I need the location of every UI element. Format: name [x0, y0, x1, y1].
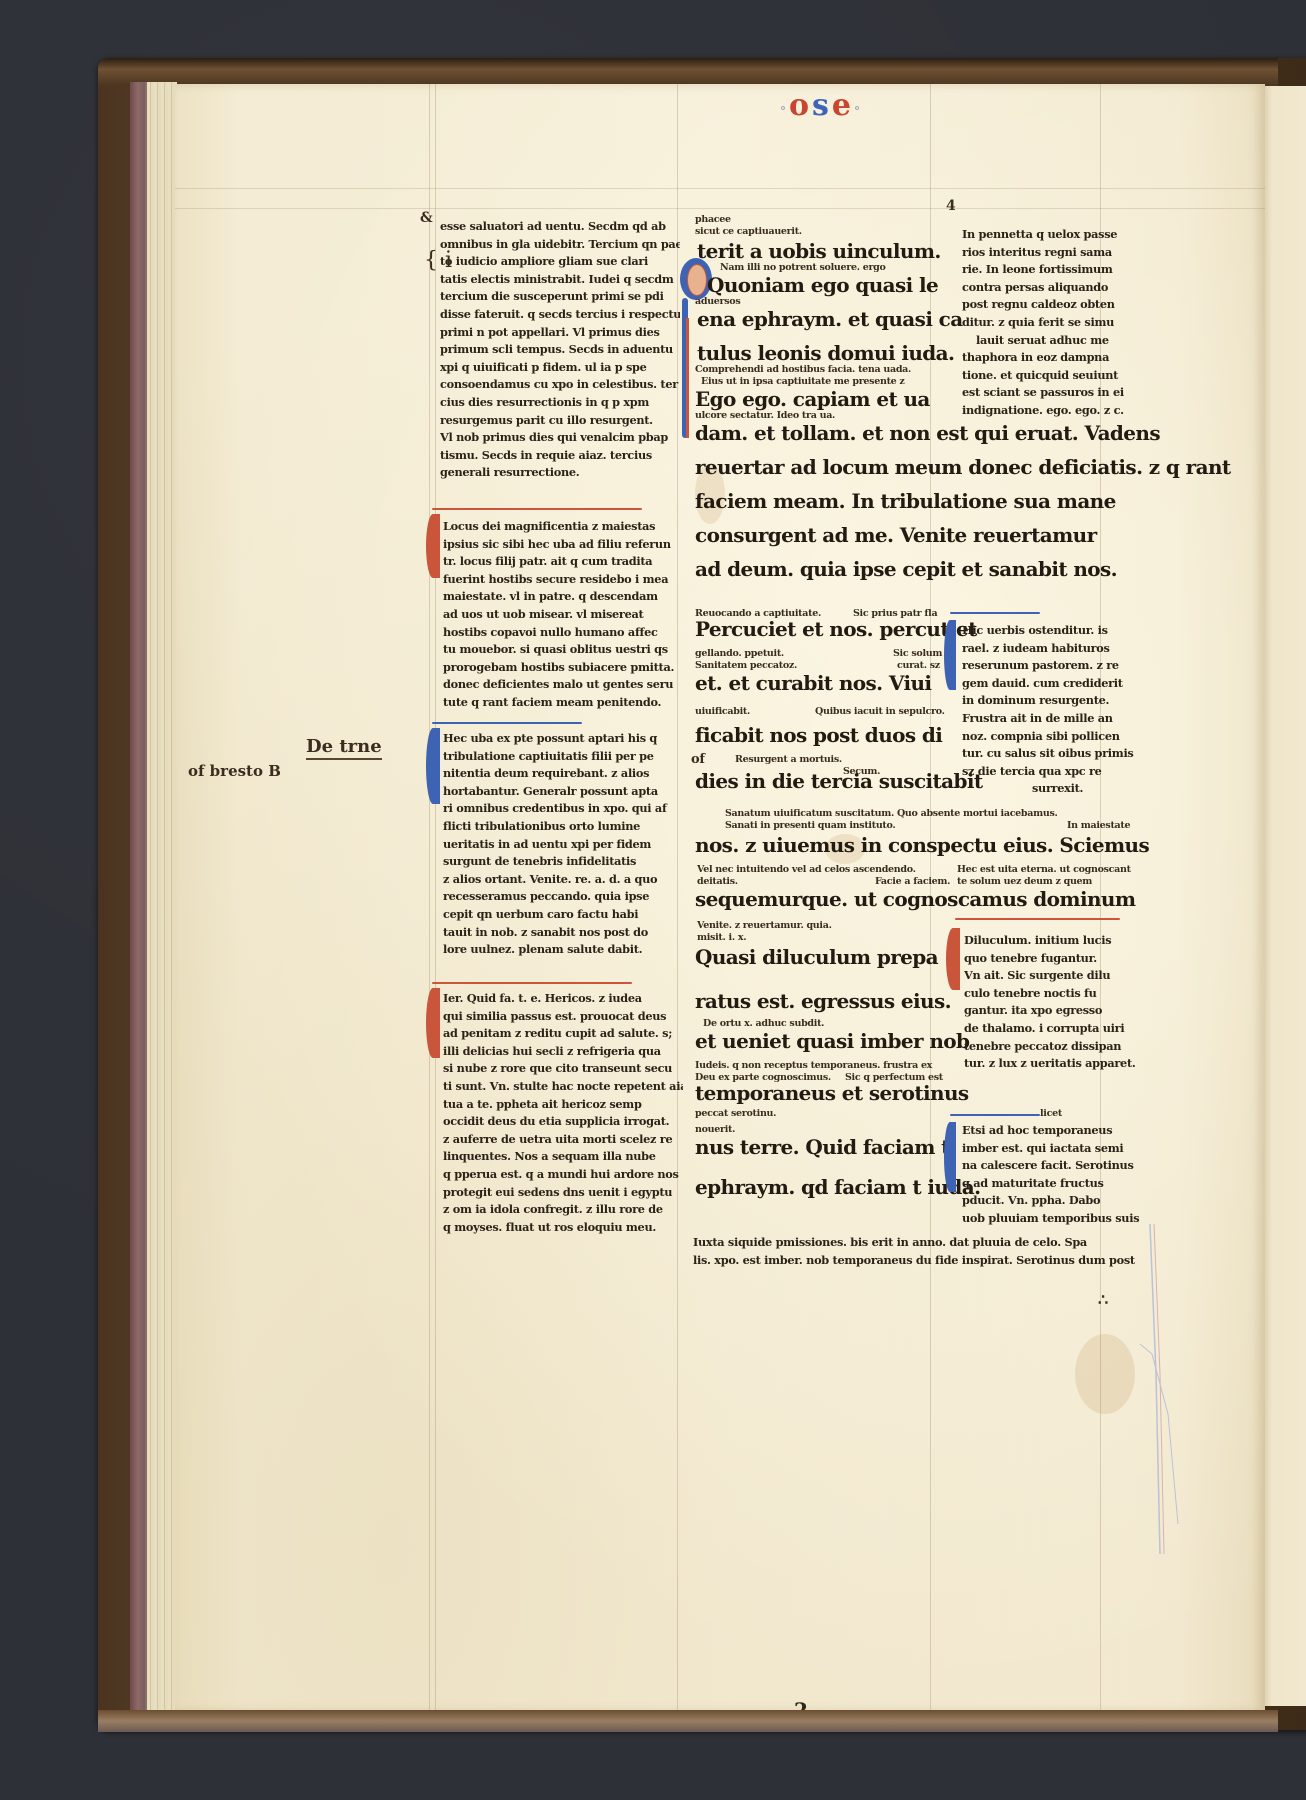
interlinear-gloss: gellando. ppetuit. [695, 648, 784, 660]
gloss-line: in dominum resurgente. [962, 692, 1147, 710]
gloss-line: tr. locus filij patr. ait q cum tradita [443, 553, 683, 571]
gloss-line: tione. et quicquid seuiunt [962, 367, 1147, 385]
initial-flourish [950, 612, 1040, 614]
cover-bottom-edge [98, 1710, 1278, 1732]
gloss-line: quo tenebre fugantur. [964, 950, 1149, 968]
gloss-line: tua a te. ppheta ait hericoz semp [443, 1096, 683, 1114]
title-letter-e: e [832, 88, 852, 123]
gloss-line: de thalamo. i corrupta uiri [964, 1020, 1149, 1038]
marginal-drawing [1130, 1224, 1190, 1564]
verse-group: Sanatum uiuificatum suscitatum. Quo abse… [695, 806, 1155, 858]
right-gloss-block-1: In pennetta q uelox passe rios interitus… [962, 226, 1147, 420]
gloss-line: Locus dei magnificentia z maiestas [443, 518, 683, 536]
text-line: consurgent ad me. Venite reuertamur [695, 524, 1231, 546]
gloss-line: tur. cu salus sit oibus primis [962, 745, 1147, 763]
gloss-line: surrexit. [1032, 780, 1147, 798]
margin-note: of bresto B [188, 762, 281, 780]
gloss-line: flicti tribulationibus orto lumine [443, 818, 683, 836]
gloss-line: protegit eui sedens dns uenit i egyptu [443, 1184, 683, 1202]
gloss-line: z om ia idola confregit. z illu rore de [443, 1201, 683, 1219]
gloss-line: pducit. Vn. ppha. Dabo [962, 1192, 1147, 1210]
gloss-line: ditur. z quia ferit se simu [962, 314, 1147, 332]
right-gloss-block-3: Diluculum. initium lucis quo tenebre fug… [964, 932, 1149, 1073]
gloss-line: tu mouebor. si quasi oblitus uestri qs [443, 641, 683, 659]
gloss-line: q pperua est. q a mundi hui ardore nos [443, 1166, 683, 1184]
text-line: faciem meam. In tribulatione sua mane [695, 490, 1231, 512]
margin-note-heading: De trne [306, 736, 382, 760]
gloss-line: ti sunt. Vn. stulte hac nocte repetent a… [443, 1078, 683, 1096]
left-gloss-block-2: Locus dei magnificentia z maiestas ipsiu… [443, 518, 683, 712]
initial-flourish [432, 508, 642, 510]
interlinear-gloss: of [691, 754, 705, 766]
red-initial-i [426, 988, 440, 1058]
gloss-line: resurgemus parit cu illo resurgent. [440, 412, 680, 430]
verse-group: uiuificabit. Quibus iacuit in sepulcro. … [695, 692, 955, 742]
cover-top-edge [98, 58, 1278, 86]
gloss-line: Hec uba ex pte possunt aptari his q [443, 730, 683, 748]
gloss-line: si nube z rore que cito transeunt secu [443, 1060, 683, 1078]
title-letter-o: o [789, 88, 810, 123]
interlinear-gloss: In maiestate [1067, 820, 1130, 832]
verse-group: Reuocando a captiuitate. Sic prius patr … [695, 608, 955, 640]
gloss-line: donec deficientes malo ut gentes seru [443, 676, 683, 694]
gloss-line: generali resurrectione. [440, 464, 680, 482]
gloss-line: tur. z lux z ueritatis apparet. [964, 1055, 1149, 1073]
gloss-line: ipsius sic sibi hec uba ad filiu referun [443, 536, 683, 554]
gloss-line: In pennetta q uelox passe [962, 226, 1147, 244]
gloss-line: ri omnibus credentibus in xpo. qui af [443, 800, 683, 818]
gloss-line: primum scli tempus. Secds in aduentu [440, 341, 680, 359]
interlinear-gloss: uiuificabit. [695, 706, 750, 718]
initial-tail-red [686, 318, 689, 438]
text-line: sequemurque. ut cognoscamus dominum [695, 888, 1135, 910]
center-text-wide: Sanatum uiuificatum suscitatum. Quo abse… [695, 806, 1155, 910]
interlinear-gloss: Sic solum [893, 648, 942, 660]
gloss-line: Frustra ait in de mille an [962, 710, 1147, 728]
gloss-line: sz die tercia qua xpc re [962, 763, 1147, 781]
gloss-line: culo tenebre noctis fu [964, 985, 1149, 1003]
gloss-line: q ad maturitate fructus [962, 1175, 1147, 1193]
gloss-line: rie. In leone fortissimum [962, 261, 1147, 279]
interlinear-gloss: Quibus iacuit in sepulcro. [815, 706, 945, 718]
gloss-line: to iudicio ampliore gliam sue clari [440, 253, 680, 271]
ruling-line [175, 188, 1265, 189]
gloss-line: lauit seruat adhuc me [976, 332, 1147, 350]
gloss-line: uob pluuiam temporibus suis [962, 1210, 1147, 1228]
gloss-line: Etsi ad hoc temporaneus [962, 1122, 1147, 1140]
gloss-line: prorogebam hostibs subiacere pmitta. [443, 659, 683, 677]
gloss-line: Iuxta siquide pmissiones. bis erit in an… [693, 1234, 1153, 1252]
gloss-line: nitentia deum requirebant. z alios [443, 765, 683, 783]
verse-group: gellando. ppetuit. Sic solum Sanitatem p… [695, 640, 955, 692]
text-line: Quasi diluculum prepa [695, 946, 938, 968]
left-gloss-block-3: Hec uba ex pte possunt aptari his q trib… [443, 730, 683, 959]
paragraph-mark: & [420, 210, 433, 226]
initial-flourish [950, 1114, 1040, 1116]
text-line: nus terre. Quid faciam t [695, 1136, 950, 1158]
gloss-line: omnibus in gla uidebitr. Tercium qn pae [440, 236, 680, 254]
interlinear-gloss: Hec est uita eterna. ut cognoscant [957, 864, 1131, 876]
gloss-line: primi n pot appellari. Vl primus dies [440, 324, 680, 342]
gloss-line: ueritatis in ad uentu xpi per fidem [443, 836, 683, 854]
text-line: ephraym. qd faciam t iuda. [695, 1176, 980, 1198]
verse-group: ratus est. egressus eius. [695, 972, 955, 1014]
interlinear-gloss: misit. i. x. [697, 932, 746, 944]
center-text-lower-2: Venite. z reuertamur. quia. misit. i. x.… [695, 918, 955, 1204]
gloss-block-1: esse saluatori ad uentu. Secdm qd ab omn… [440, 218, 680, 482]
gloss-line: imber est. qui iactata semi [962, 1140, 1147, 1158]
gloss-line: tauit in nob. z sanabit nos post do [443, 924, 683, 942]
gloss-line: cepit qn uerbum caro factu habi [443, 906, 683, 924]
verse-group: peccat serotinu. nouerit. nus terre. Qui… [695, 1102, 955, 1160]
gloss-line: rios interitus regni sama [962, 244, 1147, 262]
gloss-line: disse fateruit. q secds tercius i respec… [440, 306, 680, 324]
text-line: dam. et tollam. et non est qui eruat. Va… [695, 422, 1231, 444]
initial-flourish [955, 918, 1120, 920]
gloss-line: cius dies resurrectionis in q p xpm [440, 394, 680, 412]
initial-flourish [432, 722, 582, 724]
interlinear-gloss: licet [1040, 1108, 1062, 1120]
text-line: nos. z uiuemus in conspectu eius. Sciemu… [695, 834, 1149, 856]
interlinear-gloss: Sanatum uiuificatum suscitatum. Quo abse… [725, 808, 1058, 820]
interlinear-gloss: phacee [695, 214, 731, 226]
verse-group: De ortu x. adhuc subdit. et ueniet quasi… [695, 1014, 955, 1056]
interlinear-gloss: Iudeis. q non receptus temporaneus. frus… [695, 1060, 932, 1072]
gloss-line: qui similia passus est. prouocat deus [443, 1008, 683, 1026]
left-gloss-column: esse saluatori ad uentu. Secdm qd ab omn… [440, 218, 680, 482]
right-gloss-block-2: Hic uerbis ostenditur. is rael. z iudeam… [962, 622, 1147, 798]
gloss-line: recesseramus peccando. quia ipse [443, 888, 683, 906]
left-gloss-block-4: Ier. Quid fa. t. e. Hericos. z iudea qui… [443, 990, 683, 1236]
gloss-line: tatis electis ministrabit. Iudei q secdm [440, 271, 680, 289]
running-title: ° o s e ° [780, 88, 861, 123]
gloss-line: na calescere facit. Serotinus [962, 1157, 1147, 1175]
gloss-line: noz. compnia sibi pollicen [962, 728, 1147, 746]
next-leaf-edge [1262, 86, 1306, 1706]
gloss-line: surgunt de tenebris infidelitatis [443, 853, 683, 871]
gloss-line: gantur. ita xpo egresso [964, 1002, 1149, 1020]
text-line: et ueniet quasi imber nob [695, 1030, 969, 1052]
gloss-line: reserunum pastorem. z re [962, 657, 1147, 675]
text-line: temporaneus et serotinus [695, 1082, 969, 1104]
gloss-line: lore uulnez. plenam salute dabit. [443, 941, 683, 959]
gloss-line: hortabantur. Generalr possunt apta [443, 783, 683, 801]
page-edges-left [130, 82, 146, 1714]
interlinear-gloss: Resurgent a mortuis. [735, 754, 842, 766]
blue-initial-h [944, 620, 956, 690]
gloss-line: est sciant se passuros in ei [962, 384, 1147, 402]
verse-group: ephraym. qd faciam t iuda. [695, 1160, 955, 1204]
gloss-line: ad uos ut uob misear. vl misereat [443, 606, 683, 624]
title-letter-s: s [812, 88, 830, 123]
gloss-line: fuerint hostibs secure residebo i mea [443, 571, 683, 589]
initial-flourish [432, 982, 632, 984]
gloss-line: tenebre peccatoz dissipan [964, 1038, 1149, 1056]
text-line: et. et curabit nos. Viui [695, 672, 931, 694]
blue-initial-h [426, 728, 440, 804]
interlinear-gloss: Venite. z reuertamur. quia. [697, 920, 832, 932]
gloss-line: Vn ait. Sic surgente dilu [964, 967, 1149, 985]
gloss-line: tute q rant faciem meam penitendo. [443, 694, 683, 712]
text-line: ratus est. egressus eius. [695, 990, 951, 1012]
ruling-line [435, 84, 436, 1712]
gloss-line: rael. z iudeam habituros [962, 640, 1147, 658]
interlinear-gloss: sicut ce captiuauerit. [695, 226, 802, 238]
interlinear-gloss: Sanati in presenti quam instituto. [725, 820, 895, 832]
gloss-line: Diluculum. initium lucis [964, 932, 1149, 950]
center-text-lower: Reuocando a captiuitate. Sic prius patr … [695, 608, 955, 788]
gloss-line: Vl nob primus dies qui venalcim pbap [440, 429, 680, 447]
blue-initial-e [944, 1122, 956, 1192]
right-gloss-block-4: Etsi ad hoc temporaneus imber est. qui i… [962, 1122, 1147, 1228]
gloss-line: xpi q uiuificati p fidem. ul ia p spe [440, 359, 680, 377]
gloss-line: Ier. Quid fa. t. e. Hericos. z iudea [443, 990, 683, 1008]
gloss-line: gem dauid. cum crediderit [962, 675, 1147, 693]
gloss-line: illi delicias hui secli z refrigeria qua [443, 1043, 683, 1061]
ruling-line [175, 208, 1265, 209]
gloss-line: linquentes. Nos a sequam illa nube [443, 1148, 683, 1166]
gloss-line: q moyses. fluat ut ros eloquiu meu. [443, 1219, 683, 1237]
gloss-line: hostibs copavoi nullo humano affec [443, 624, 683, 642]
text-line: ad deum. quia ipse cepit et sanabit nos. [695, 558, 1231, 580]
verse-group: Iudeis. q non receptus temporaneus. frus… [695, 1056, 955, 1102]
punctuation-dot: ° [854, 104, 861, 118]
gloss-line: esse saluatori ad uentu. Secdm qd ab [440, 218, 680, 236]
gloss-line: post regnu caldeoz obten [962, 296, 1147, 314]
stain [1075, 1334, 1135, 1414]
text-line: dies in die tercia suscitabit [695, 770, 983, 792]
gloss-line: contra persas aliquando [962, 279, 1147, 297]
page-stack [145, 82, 177, 1714]
gloss-line: tercium die susceperunt primi se pdi [440, 288, 680, 306]
verse-group: Vel nec intuitendo vel ad celos ascenden… [695, 858, 1155, 910]
gloss-line: lis. xpo. est imber. nob temporaneus du … [693, 1252, 1153, 1270]
interlinear-gloss: peccat serotinu. [695, 1108, 776, 1120]
ruling-line [429, 84, 430, 1712]
gloss-line: consoendamus cu xpo in celestibus. ter [440, 376, 680, 394]
gloss-line: tismu. Secds in requie aiaz. tercius [440, 447, 680, 465]
punctuation-dot: ° [780, 104, 787, 118]
gloss-line: maiestate. vl in patre. q descendam [443, 588, 683, 606]
red-initial-l [426, 514, 440, 578]
text-line: reuertar ad locum meum donec deficiatis.… [695, 456, 1231, 478]
gloss-line: thaphora in eoz dampna [962, 349, 1147, 367]
verse-group: of Resurgent a mortuis. Secum. dies in d… [695, 742, 955, 788]
gloss-line: occidit deus du etia supplicia irrogat. [443, 1113, 683, 1131]
gloss-line: z auferre de uetra uita morti scelez re [443, 1131, 683, 1149]
gloss-line: Hic uerbis ostenditur. is [962, 622, 1147, 640]
end-mark: ∴ [1098, 1290, 1108, 1309]
interlinear-gloss: Vel nec intuitendo vel ad celos ascenden… [697, 864, 916, 876]
gloss-line: ad penitam z reditu cupit ad salute. s; [443, 1025, 683, 1043]
gloss-line: indignatione. ego. ego. z c. [962, 402, 1147, 420]
paragraph-mark: 4 [946, 198, 956, 214]
bottom-gloss: Iuxta siquide pmissiones. bis erit in an… [693, 1234, 1153, 1269]
gloss-line: z alios ortant. Venite. re. a. d. a quo [443, 871, 683, 889]
red-initial-d [946, 928, 960, 990]
text-line: Percuciet et nos. percutiet [695, 618, 977, 640]
gloss-line: tribulatione captiuitatis filii per pe [443, 748, 683, 766]
verse-group: Venite. z reuertamur. quia. misit. i. x.… [695, 918, 955, 972]
